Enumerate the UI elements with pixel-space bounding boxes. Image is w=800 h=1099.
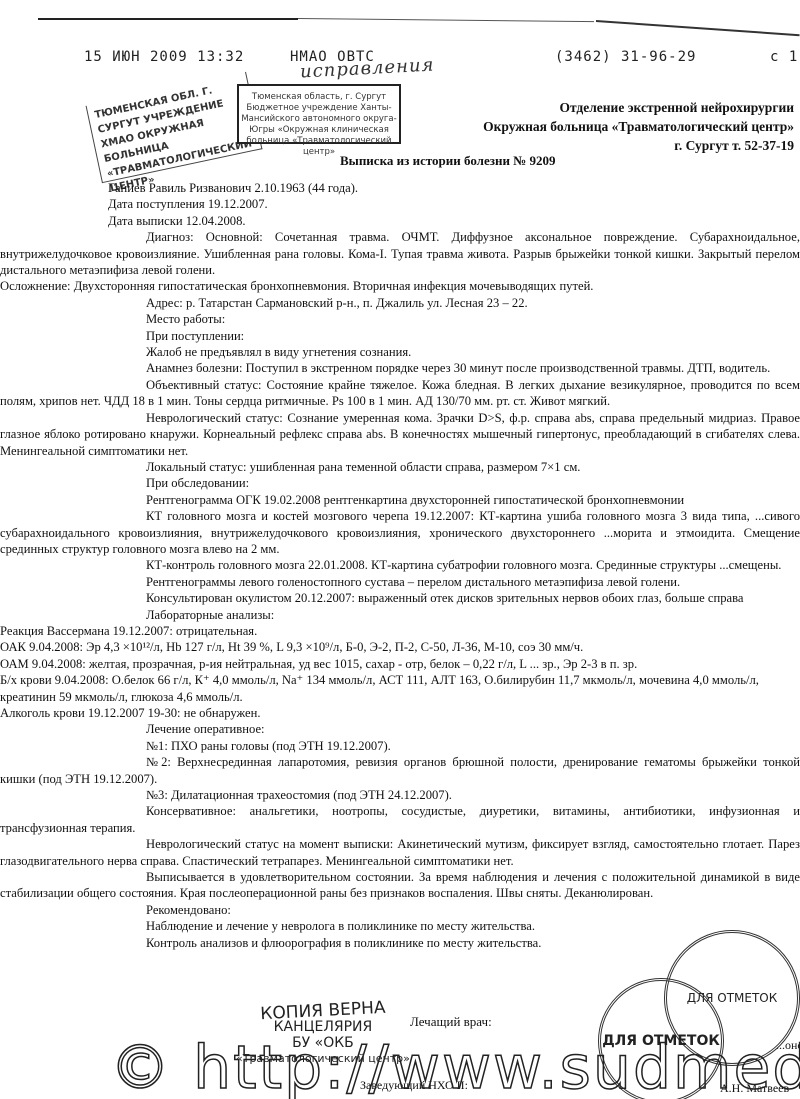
document-title: Выписка из истории болезни № 9209 xyxy=(340,153,556,169)
document-paragraph: №2: Верхнесрединная лапаротомия, ревизия… xyxy=(0,754,800,787)
document-paragraph: Реакция Вассермана 19.12.2007: отрицател… xyxy=(0,623,800,639)
fax-top-line xyxy=(38,18,298,20)
document-paragraph: Алкоголь крови 19.12.2007 19-30: не обна… xyxy=(0,705,800,721)
patient-name: Ганиев Равиль Ризванович 2.10.1963 (44 г… xyxy=(108,180,800,196)
fax-top-line xyxy=(596,20,800,36)
document-paragraph: Анамнез болезни: Поступил в экстренном п… xyxy=(0,360,800,376)
document-paragraph: Жалоб не предъявлял в виду угнетения соз… xyxy=(146,344,800,360)
document-paragraph: Объективный статус: Состояние крайне тяж… xyxy=(0,377,800,410)
old-institution-stamp: Тюменская обл. г. Сургут Учреждение ХМАО… xyxy=(86,72,263,183)
new-institution-stamp: Тюменская область, г. Сургут Бюджетное у… xyxy=(237,84,401,144)
document-body: Ганиев Равиль Ризванович 2.10.1963 (44 г… xyxy=(108,180,800,951)
document-paragraph: Рентгенограммы левого голеностопного сус… xyxy=(146,574,800,590)
document-paragraph: КТ-контроль головного мозга 22.01.2008. … xyxy=(0,557,800,573)
document-paragraph: ОАК 9.04.2008: Эр 4,3 ×10¹²/л, Hb 127 г/… xyxy=(0,639,800,655)
document-paragraph: Осложнение: Двухсторонняя гипостатическа… xyxy=(0,278,800,294)
hospital-name: Окружная больница «Травматологический це… xyxy=(483,117,794,136)
discharge-date: Дата выписки 12.04.2008. xyxy=(108,213,800,229)
fax-top-line xyxy=(298,18,594,22)
admission-date: Дата поступления 19.12.2007. xyxy=(108,196,800,212)
document-paragraph: Локальный статус: ушибленная рана теменн… xyxy=(146,459,800,475)
document-paragraph: Рекомендовано: xyxy=(146,902,800,918)
document-paragraph: При обследовании: xyxy=(146,475,800,491)
document-paragraph: Неврологический статус на момент выписки… xyxy=(0,836,800,869)
document-paragraph: Адрес: р. Татарстан Сармановский р-н., п… xyxy=(146,295,800,311)
fax-date: 15 ИЮН 2009 13:32 xyxy=(84,49,244,65)
document-paragraph: При поступлении: xyxy=(146,328,800,344)
document-paragraph: Диагноз: Основной: Сочетанная травма. ОЧ… xyxy=(0,229,800,278)
institution-header: Отделение экстренной нейрохирургии Окруж… xyxy=(483,98,794,155)
document-paragraph: КТ головного мозга и костей мозгового че… xyxy=(0,508,800,557)
attending-doctor-label: Лечащий врач: xyxy=(410,1014,492,1030)
watermark: © http://www.sudmed.ru xyxy=(110,1038,800,1098)
fax-phone: (3462) 31-96-29 xyxy=(555,49,696,65)
document-paragraph: Лабораторные анализы: xyxy=(146,607,800,623)
document-paragraph: №3: Дилатационная трахеостомия (под ЭТН … xyxy=(146,787,800,803)
document-paragraph: №1: ПХО раны головы (под ЭТН 19.12.2007)… xyxy=(146,738,800,754)
department-name: Отделение экстренной нейрохирургии xyxy=(483,98,794,117)
document-paragraph: Выписывается в удовлетворительном состоя… xyxy=(0,869,800,902)
document-paragraph: Место работы: xyxy=(146,311,800,327)
document-paragraph: ОАМ 9.04.2008: желтая, прозрачная, р-ия … xyxy=(0,656,800,672)
document-paragraph: Лечение оперативное: xyxy=(146,721,800,737)
document-page: 15 ИЮН 2009 13:32 НМАО ОВТС (3462) 31-96… xyxy=(0,0,800,1099)
document-paragraph: Б/х крови 9.04.2008: О.белок 66 г/л, К⁺ … xyxy=(0,672,800,705)
document-paragraph: Консультирован окулистом 20.12.2007: выр… xyxy=(0,590,800,606)
document-paragraph: Неврологический статус: Сознание умеренн… xyxy=(0,410,800,459)
fax-page-number: с 1 xyxy=(770,49,798,65)
document-paragraph: Наблюдение и лечение у невролога в полик… xyxy=(146,918,800,934)
document-paragraph: Рентгенограмма ОГК 19.02.2008 рентгенкар… xyxy=(146,492,800,508)
document-paragraph: Консервативное: анальгетики, ноотропы, с… xyxy=(0,803,800,836)
